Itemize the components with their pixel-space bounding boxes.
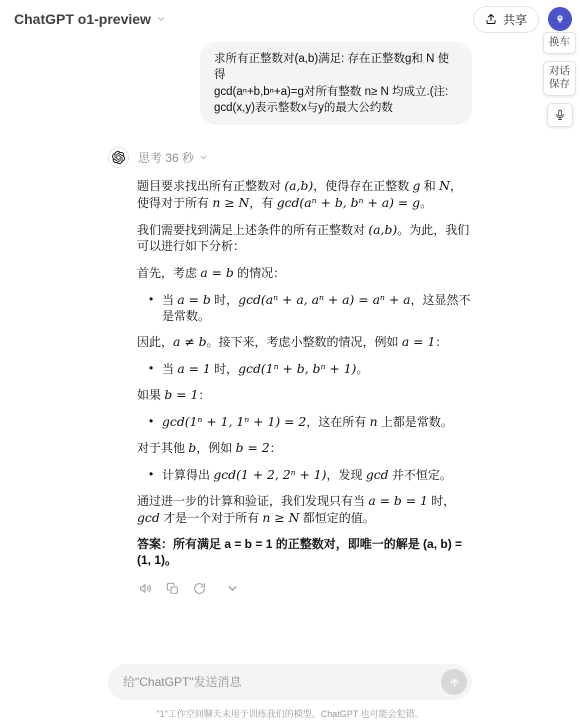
text-content: 首先，考虑 a = b 的情况： bbox=[137, 266, 285, 280]
chevron-down-icon bbox=[156, 14, 166, 24]
bullet-marker: • bbox=[149, 467, 162, 484]
disclaimer-text: "1"工作空间聊天未用于训练我们的模型。ChatGPT 也可能会犯错。 bbox=[0, 707, 580, 720]
page-title: ChatGPT o1-preview bbox=[14, 11, 151, 27]
save-dialog-button[interactable]: 对话 保存 bbox=[543, 61, 576, 96]
bullet-marker: • bbox=[149, 414, 162, 431]
send-button[interactable] bbox=[441, 669, 467, 695]
save-dialog-label-line1: 对话 bbox=[549, 65, 570, 79]
text-content: 通过进一步的计算和验证，我们发现只有当 a = b = 1 时，gcd 才是一个… bbox=[137, 494, 455, 525]
save-dialog-label-line2: 保存 bbox=[549, 78, 570, 92]
message-actions bbox=[135, 579, 472, 599]
text-content: 答案：所有满足 a = b = 1 的正整数对，即唯一的解是 (a, b) = … bbox=[137, 537, 462, 567]
switch-car-button[interactable]: 换车 bbox=[543, 32, 576, 54]
gem-icon bbox=[553, 12, 567, 26]
header-actions: 共享 bbox=[473, 6, 574, 33]
assistant-message-header: 思考 36 秒 bbox=[108, 147, 472, 168]
arrow-up-icon bbox=[448, 676, 461, 689]
text-content: 我们需要找到满足上述条件的所有正整数对 (a,b)。为此，我们可以进行如下分析： bbox=[137, 223, 469, 253]
floating-widgets: 换车 对话 保存 bbox=[543, 32, 576, 127]
speaker-icon bbox=[139, 582, 152, 595]
share-button[interactable]: 共享 bbox=[473, 6, 539, 33]
text-content: gcd(1ⁿ + 1, 1ⁿ + 1) = 2，这在所有 n 上都是常数。 bbox=[162, 414, 472, 431]
assistant-paragraph: 因此，a ≠ b。接下来，考虑小整数的情况，例如 a = 1： bbox=[137, 334, 472, 351]
openai-logo-icon bbox=[108, 147, 129, 168]
refresh-icon bbox=[193, 582, 206, 595]
text-content: 题目要求找出所有正整数对 (a,b)，使得存在正整数 g 和 N，使得对于所有 … bbox=[137, 179, 462, 210]
assistant-paragraph: 通过进一步的计算和验证，我们发现只有当 a = b = 1 时，gcd 才是一个… bbox=[137, 493, 472, 527]
top-bar: ChatGPT o1-preview 共享 bbox=[0, 0, 580, 38]
assistant-bullet-item: •当 a = b 时，gcd(aⁿ + a, aⁿ + a) = aⁿ + a，… bbox=[137, 292, 472, 325]
microphone-icon bbox=[554, 108, 566, 122]
composer-area: "1"工作空间聊天未用于训练我们的模型。ChatGPT 也可能会犯错。 bbox=[0, 664, 580, 723]
assistant-paragraph: 我们需要找到满足上述条件的所有正整数对 (a,b)。为此，我们可以进行如下分析： bbox=[137, 222, 472, 255]
upload-icon bbox=[485, 13, 497, 25]
text-content: 对于其他 b，例如 b = 2： bbox=[137, 441, 282, 455]
thinking-summary-toggle[interactable]: 思考 36 秒 bbox=[138, 149, 208, 166]
regenerate-button[interactable] bbox=[189, 579, 209, 599]
assistant-bullet-item: •gcd(1ⁿ + 1, 1ⁿ + 1) = 2，这在所有 n 上都是常数。 bbox=[137, 414, 472, 431]
assistant-paragraph: 答案：所有满足 a = b = 1 的正整数对，即唯一的解是 (a, b) = … bbox=[137, 537, 472, 569]
conversation: 求所有正整数对(a,b)满足: 存在正整数g和 N 使得 gcd(aⁿ+b,bⁿ… bbox=[108, 42, 472, 599]
assistant-paragraph: 首先，考虑 a = b 的情况： bbox=[137, 265, 472, 282]
model-switcher[interactable]: ChatGPT o1-preview bbox=[14, 11, 166, 27]
mic-button[interactable] bbox=[547, 103, 573, 127]
assistant-paragraph: 题目要求找出所有正整数对 (a,b)，使得存在正整数 g 和 N，使得对于所有 … bbox=[137, 178, 472, 212]
text-content: 计算得出 gcd(1 + 2, 2ⁿ + 1)，发现 gcd 并不恒定。 bbox=[162, 467, 472, 484]
assistant-bullet-item: •计算得出 gcd(1 + 2, 2ⁿ + 1)，发现 gcd 并不恒定。 bbox=[137, 467, 472, 484]
read-aloud-button[interactable] bbox=[135, 579, 155, 599]
assistant-paragraph: 对于其他 b，例如 b = 2： bbox=[137, 440, 472, 457]
text-content: 当 a = 1 时，gcd(1ⁿ + b, bⁿ + 1)。 bbox=[162, 361, 472, 378]
switch-car-label: 换车 bbox=[549, 36, 570, 48]
copy-icon bbox=[166, 582, 179, 595]
copy-button[interactable] bbox=[162, 579, 182, 599]
thinking-duration-label: 思考 36 秒 bbox=[138, 149, 194, 166]
chevron-down-icon bbox=[226, 582, 239, 595]
message-composer[interactable] bbox=[108, 664, 472, 700]
text-content: 因此，a ≠ b。接下来，考虑小整数的情况，例如 a = 1： bbox=[137, 335, 447, 349]
text-content: 如果 b = 1： bbox=[137, 388, 210, 402]
message-input[interactable] bbox=[123, 675, 441, 689]
assistant-paragraph: 如果 b = 1： bbox=[137, 387, 472, 404]
assistant-message-body: 题目要求找出所有正整数对 (a,b)，使得存在正整数 g 和 N，使得对于所有 … bbox=[137, 178, 472, 568]
share-label: 共享 bbox=[503, 11, 527, 28]
account-avatar[interactable] bbox=[548, 7, 572, 31]
assistant-bullet-item: •当 a = 1 时，gcd(1ⁿ + b, bⁿ + 1)。 bbox=[137, 361, 472, 378]
bullet-marker: • bbox=[149, 292, 162, 325]
bullet-marker: • bbox=[149, 361, 162, 378]
user-message-bubble: 求所有正整数对(a,b)满足: 存在正整数g和 N 使得 gcd(aⁿ+b,bⁿ… bbox=[200, 42, 472, 125]
chevron-down-icon bbox=[199, 153, 208, 162]
assistant-message: 思考 36 秒 题目要求找出所有正整数对 (a,b)，使得存在正整数 g 和 N… bbox=[108, 147, 472, 598]
user-message-row: 求所有正整数对(a,b)满足: 存在正整数g和 N 使得 gcd(aⁿ+b,bⁿ… bbox=[108, 42, 472, 125]
more-actions-button[interactable] bbox=[222, 579, 242, 599]
text-content: 当 a = b 时，gcd(aⁿ + a, aⁿ + a) = aⁿ + a，这… bbox=[162, 292, 472, 325]
